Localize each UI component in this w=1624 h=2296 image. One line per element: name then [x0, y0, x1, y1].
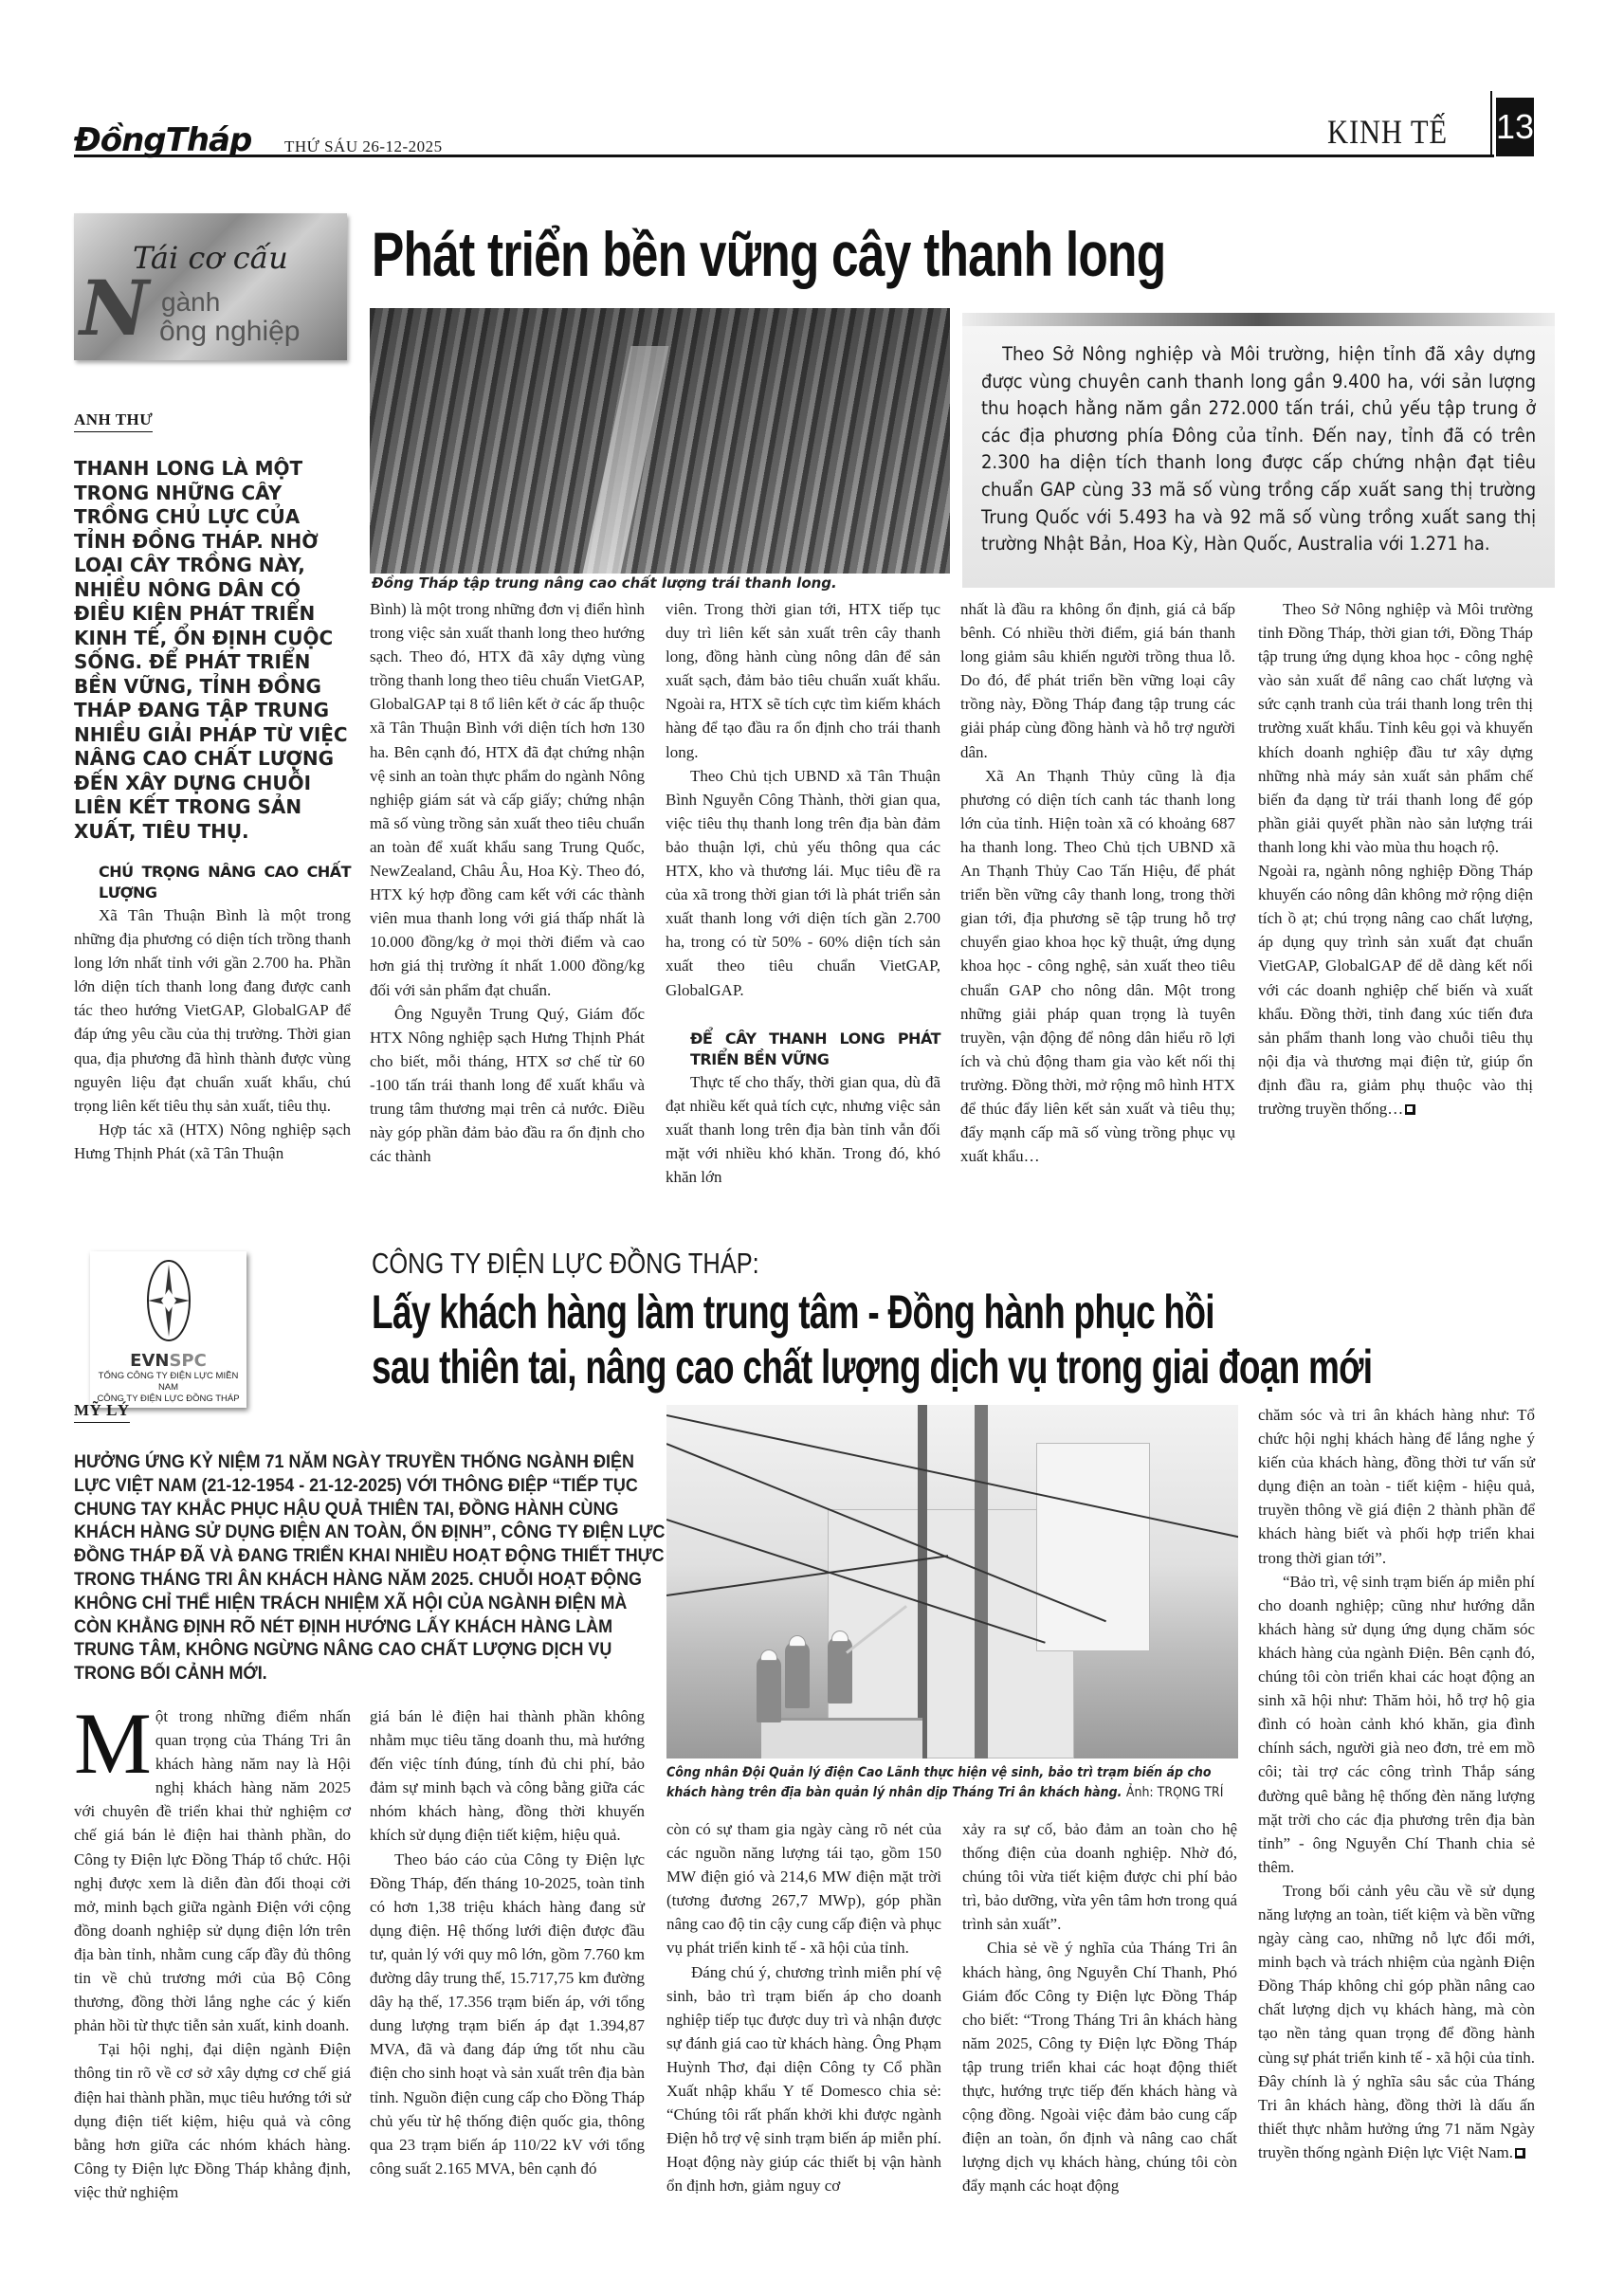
- subhead-sustainable: ĐỂ CÂY THANH LONG PHÁT TRIỂN BỀN VỮNG: [666, 1029, 940, 1070]
- evn-brand: EVNSPC: [90, 1351, 246, 1371]
- article1-column-5: Theo Sở Nông nghiệp và Môi trường tỉnh Đ…: [1258, 597, 1533, 1121]
- photo-path: [582, 346, 668, 574]
- article1-lede: THANH LONG LÀ MỘT TRONG NHỮNG CÂY TRỒNG …: [74, 457, 349, 844]
- article2-column-3: còn có sự tham gia ngày càng rõ nét của …: [666, 1817, 941, 2198]
- article2-column-5: chăm sóc và tri ân khách hàng như: Tổ ch…: [1258, 1403, 1535, 2164]
- paragraph: Theo Chủ tịch UBND xã Tân Thuận Bình Ngu…: [666, 764, 940, 1002]
- paragraph: giá bán lẻ điện hai thành phần không nhằ…: [370, 1704, 645, 1848]
- paragraph: Đáng chú ý, chương trình miễn phí vệ sin…: [666, 1960, 941, 2198]
- evnspc-logo: EVNSPC TỔNG CÔNG TY ĐIỆN LỰC MIỀN NAM CÔ…: [90, 1251, 246, 1408]
- paragraph: Hợp tác xã (HTX) Nông nghiệp sạch Hưng T…: [74, 1118, 351, 1165]
- photo-helmet: [789, 1635, 806, 1647]
- headline-line2: sau thiên tai, nâng cao chất lượng dịch …: [372, 1339, 1372, 1394]
- paragraph: còn có sự tham gia ngày càng rõ nét của …: [666, 1817, 941, 1960]
- photo-pole: [918, 1405, 927, 1758]
- rubric-banner: Tái cơ cấu N gành ông nghiệp: [74, 213, 347, 360]
- section-name: KINH TẾ: [1327, 112, 1448, 152]
- paragraph: Xã Tân Thuận Bình là một trong những địa…: [74, 903, 351, 1118]
- article2-column-4: xảy ra sự cố, bảo đảm an toàn cho hệ thố…: [962, 1817, 1237, 2198]
- paragraph: “Bảo trì, vệ sinh trạm biến áp miễn phí …: [1258, 1570, 1535, 1879]
- photo-worker: [757, 1656, 781, 1722]
- evn-star-icon: [140, 1257, 197, 1344]
- paragraph: Một trong những điểm nhấn quan trọng của…: [74, 1704, 351, 2037]
- photo-worker: [828, 1637, 852, 1704]
- photo-worker: [785, 1642, 810, 1708]
- paragraph: Xã An Thạnh Thủy cũng là địa phương có d…: [960, 764, 1235, 1169]
- photo-credit: Ảnh: TRỌNG TRÍ: [1126, 1785, 1224, 1800]
- paragraph: Theo báo cáo của Công ty Điện lực Đồng T…: [370, 1848, 645, 2180]
- article2-column-1: Một trong những điểm nhấn quan trọng của…: [74, 1704, 351, 2204]
- article1-column-2: Bình) là một trong những đơn vị điển hìn…: [370, 597, 645, 1168]
- photo-helmet: [760, 1649, 777, 1661]
- article1-column-4: nhất là đầu ra không ổn định, giá cả bấp…: [960, 597, 1235, 1168]
- paragraph: Ông Nguyễn Trung Quý, Giám đốc HTX Nông …: [370, 1002, 645, 1169]
- article2-kicker: CÔNG TY ĐIỆN LỰC ĐỒNG THÁP:: [372, 1247, 759, 1281]
- article2-lede: HƯỞNG ỨNG KỶ NIỆM 71 NĂM NGÀY TRUYỀN THỐ…: [74, 1450, 667, 1686]
- paragraph: viên. Trong thời gian tới, HTX tiếp tục …: [666, 597, 940, 764]
- dropcap: M: [74, 1704, 152, 1777]
- evn-line1: TỔNG CÔNG TY ĐIỆN LỰC MIỀN NAM: [90, 1371, 246, 1394]
- author-byline: MỸ LÝ: [74, 1401, 130, 1423]
- paragraph: Ngoài ra, ngành nông nghiệp Đồng Tháp kh…: [1258, 862, 1533, 1118]
- masthead-logo: ĐồngTháp: [74, 121, 251, 159]
- paragraph: nhất là đầu ra không ổn định, giá cả bấp…: [960, 597, 1235, 764]
- issue-date: THỨ SÁU 26-12-2025: [284, 137, 443, 156]
- article1-photo-caption: Đồng Tháp tập trung nâng cao chất lượng …: [372, 574, 837, 592]
- photo-helmet: [831, 1631, 848, 1642]
- end-mark-icon: [1405, 1104, 1415, 1115]
- paragraph: xảy ra sự cố, bảo đảm an toàn cho hệ thố…: [962, 1817, 1237, 1936]
- subhead-quality: CHÚ TRỌNG NÂNG CAO CHẤT LƯỢNG: [74, 862, 351, 903]
- article1-column-1: CHÚ TRỌNG NÂNG CAO CHẤT LƯỢNG Xã Tân Thu…: [74, 848, 351, 1165]
- fact-box-text: Theo Sở Nông nghiệp và Môi trường, hiện …: [981, 341, 1536, 558]
- rubric-initial: N: [80, 270, 149, 346]
- headline-line1: Lấy khách hàng làm trung tâm - Đồng hành…: [372, 1285, 1372, 1339]
- page-divider: [1490, 91, 1492, 157]
- author-byline: ANH THƯ: [74, 410, 153, 432]
- paragraph: Trong bối cảnh yêu cầu về sử dụng năng l…: [1258, 1879, 1535, 2164]
- page-number: 13: [1496, 98, 1534, 156]
- article2-column-2: giá bán lẻ điện hai thành phần không nhằ…: [370, 1704, 645, 2180]
- rubric-line1: Tái cơ cấu: [133, 240, 288, 276]
- paragraph: Thực tế cho thấy, thời gian qua, dù đã đ…: [666, 1070, 940, 1189]
- article1-column-3: viên. Trong thời gian tới, HTX tiếp tục …: [666, 597, 940, 1189]
- dragon-fruit-field-photo: [370, 308, 950, 574]
- photo-building: [1036, 1443, 1150, 1651]
- paragraph: Chia sẻ về ý nghĩa của Tháng Tri ân khác…: [962, 1936, 1237, 2197]
- article1-headline: Phát triển bền vững cây thanh long: [372, 218, 1165, 290]
- fact-box: Theo Sở Nông nghiệp và Môi trường, hiện …: [962, 313, 1555, 588]
- article2-headline: Lấy khách hàng làm trung tâm - Đồng hành…: [372, 1285, 1372, 1394]
- fact-box-bar: [962, 313, 1555, 326]
- photo-pole: [975, 1405, 988, 1758]
- article2-photo-caption: Công nhân Đội Quản lý điện Cao Lãnh thực…: [666, 1763, 1247, 1803]
- workers-substation-photo: [666, 1405, 1238, 1758]
- paragraph: chăm sóc và tri ân khách hàng như: Tổ ch…: [1258, 1403, 1535, 1570]
- header-rule: [74, 155, 1494, 157]
- rubric-line2: gành: [161, 287, 220, 318]
- paragraph: Tại hội nghị, đại diện ngành Điện thông …: [74, 2037, 351, 2204]
- end-mark-icon: [1515, 2148, 1525, 2159]
- photo-truck: [761, 1718, 922, 1758]
- rubric-line3: ông nghiệp: [159, 316, 300, 348]
- paragraph: Theo Sở Nông nghiệp và Môi trường tỉnh Đ…: [1258, 597, 1533, 859]
- paragraph: Bình) là một trong những đơn vị điển hìn…: [370, 597, 645, 1002]
